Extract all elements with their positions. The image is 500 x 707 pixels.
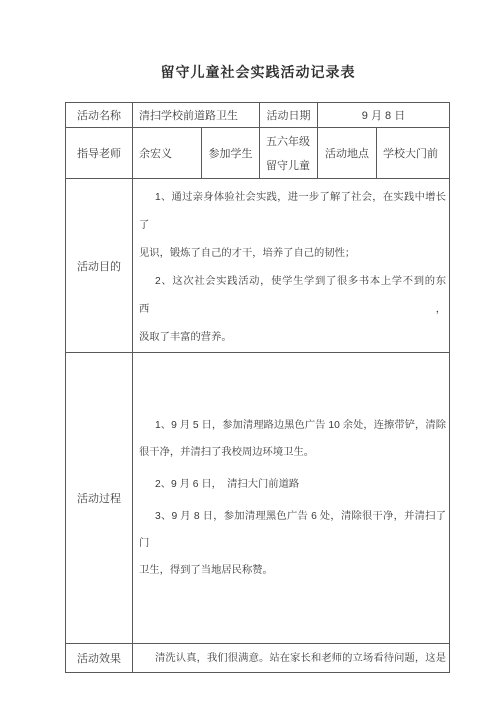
effect-label: 活动效果 <box>66 644 133 673</box>
purpose-line-2: 见识，锻炼了自己的才干，培养了自己的韧性； <box>139 240 446 268</box>
process-line-5: 卫生，得到了当地居民称赞。 <box>139 557 446 584</box>
purpose-label: 活动目的 <box>66 179 133 353</box>
students-value: 五六年级 留守儿童 <box>260 128 318 179</box>
purpose-line-4: 汲取了丰富的营养。 <box>139 324 446 352</box>
process-line-3: 2、9 月 6 日， 清扫大门前道路 <box>139 471 446 498</box>
process-line-4: 3、9 月 8 日，参加清理黑色广告 6 处，清除很干净，并清扫了门 <box>139 503 446 557</box>
page-title: 留守儿童社会实践活动记录表 <box>66 61 450 83</box>
location-label: 活动地点 <box>318 128 377 179</box>
process-label: 活动过程 <box>66 353 133 644</box>
row-activity-name: 活动名称 清扫学校前道路卫生 活动日期 9 月 8 日 <box>66 103 450 128</box>
students-label: 参加学生 <box>202 128 260 179</box>
location-value: 学校大门前 <box>377 128 450 179</box>
students-value-line1: 五六年级 <box>260 130 317 154</box>
activity-name-value: 清扫学校前道路卫生 <box>133 103 260 128</box>
row-effect: 活动效果 清洗认真，我们很满意。站在家长和老师的立场看待问题，这是 <box>66 644 450 673</box>
activity-name-label: 活动名称 <box>66 103 133 128</box>
effect-content: 清洗认真，我们很满意。站在家长和老师的立场看待问题，这是 <box>133 644 450 673</box>
process-line-1: 1、9 月 5 日，参加清理路边黑色广告 10 余处，连擦带铲，清除 <box>139 412 446 439</box>
activity-record-table: 活动名称 清扫学校前道路卫生 活动日期 9 月 8 日 指导老师 余宏义 参加学… <box>65 102 450 673</box>
process-content: 1、9 月 5 日，参加清理路边黑色广告 10 余处，连擦带铲，清除 很干净，并… <box>133 353 450 644</box>
process-line-2: 很干净，并清扫了我校周边环境卫生。 <box>139 439 446 466</box>
purpose-line-3: 2、这次社会实践活动，使学生学到了很多书本上学不到的东西， <box>139 268 446 324</box>
activity-date-value: 9 月 8 日 <box>318 103 450 128</box>
purpose-content: 1、通过亲身体验社会实践，进一步了解了社会，在实践中增长了 见识，锻炼了自己的才… <box>133 179 450 353</box>
purpose-line-1: 1、通过亲身体验社会实践，进一步了解了社会，在实践中增长了 <box>139 184 446 240</box>
row-purpose: 活动目的 1、通过亲身体验社会实践，进一步了解了社会，在实践中增长了 见识，锻炼… <box>66 179 450 353</box>
row-teacher-students: 指导老师 余宏义 参加学生 五六年级 留守儿童 活动地点 学校大门前 <box>66 128 450 179</box>
document-page: 留守儿童社会实践活动记录表 活动名称 清扫学校前道路卫生 活动日期 9 月 8 … <box>0 0 500 707</box>
students-value-line2: 留守儿童 <box>260 154 317 178</box>
row-process: 活动过程 1、9 月 5 日，参加清理路边黑色广告 10 余处，连擦带铲，清除 … <box>66 353 450 644</box>
activity-date-label: 活动日期 <box>260 103 318 128</box>
effect-line: 清洗认真，我们很满意。站在家长和老师的立场看待问题，这是 <box>133 645 449 672</box>
teacher-name: 余宏义 <box>133 128 202 179</box>
teacher-label: 指导老师 <box>66 128 133 179</box>
